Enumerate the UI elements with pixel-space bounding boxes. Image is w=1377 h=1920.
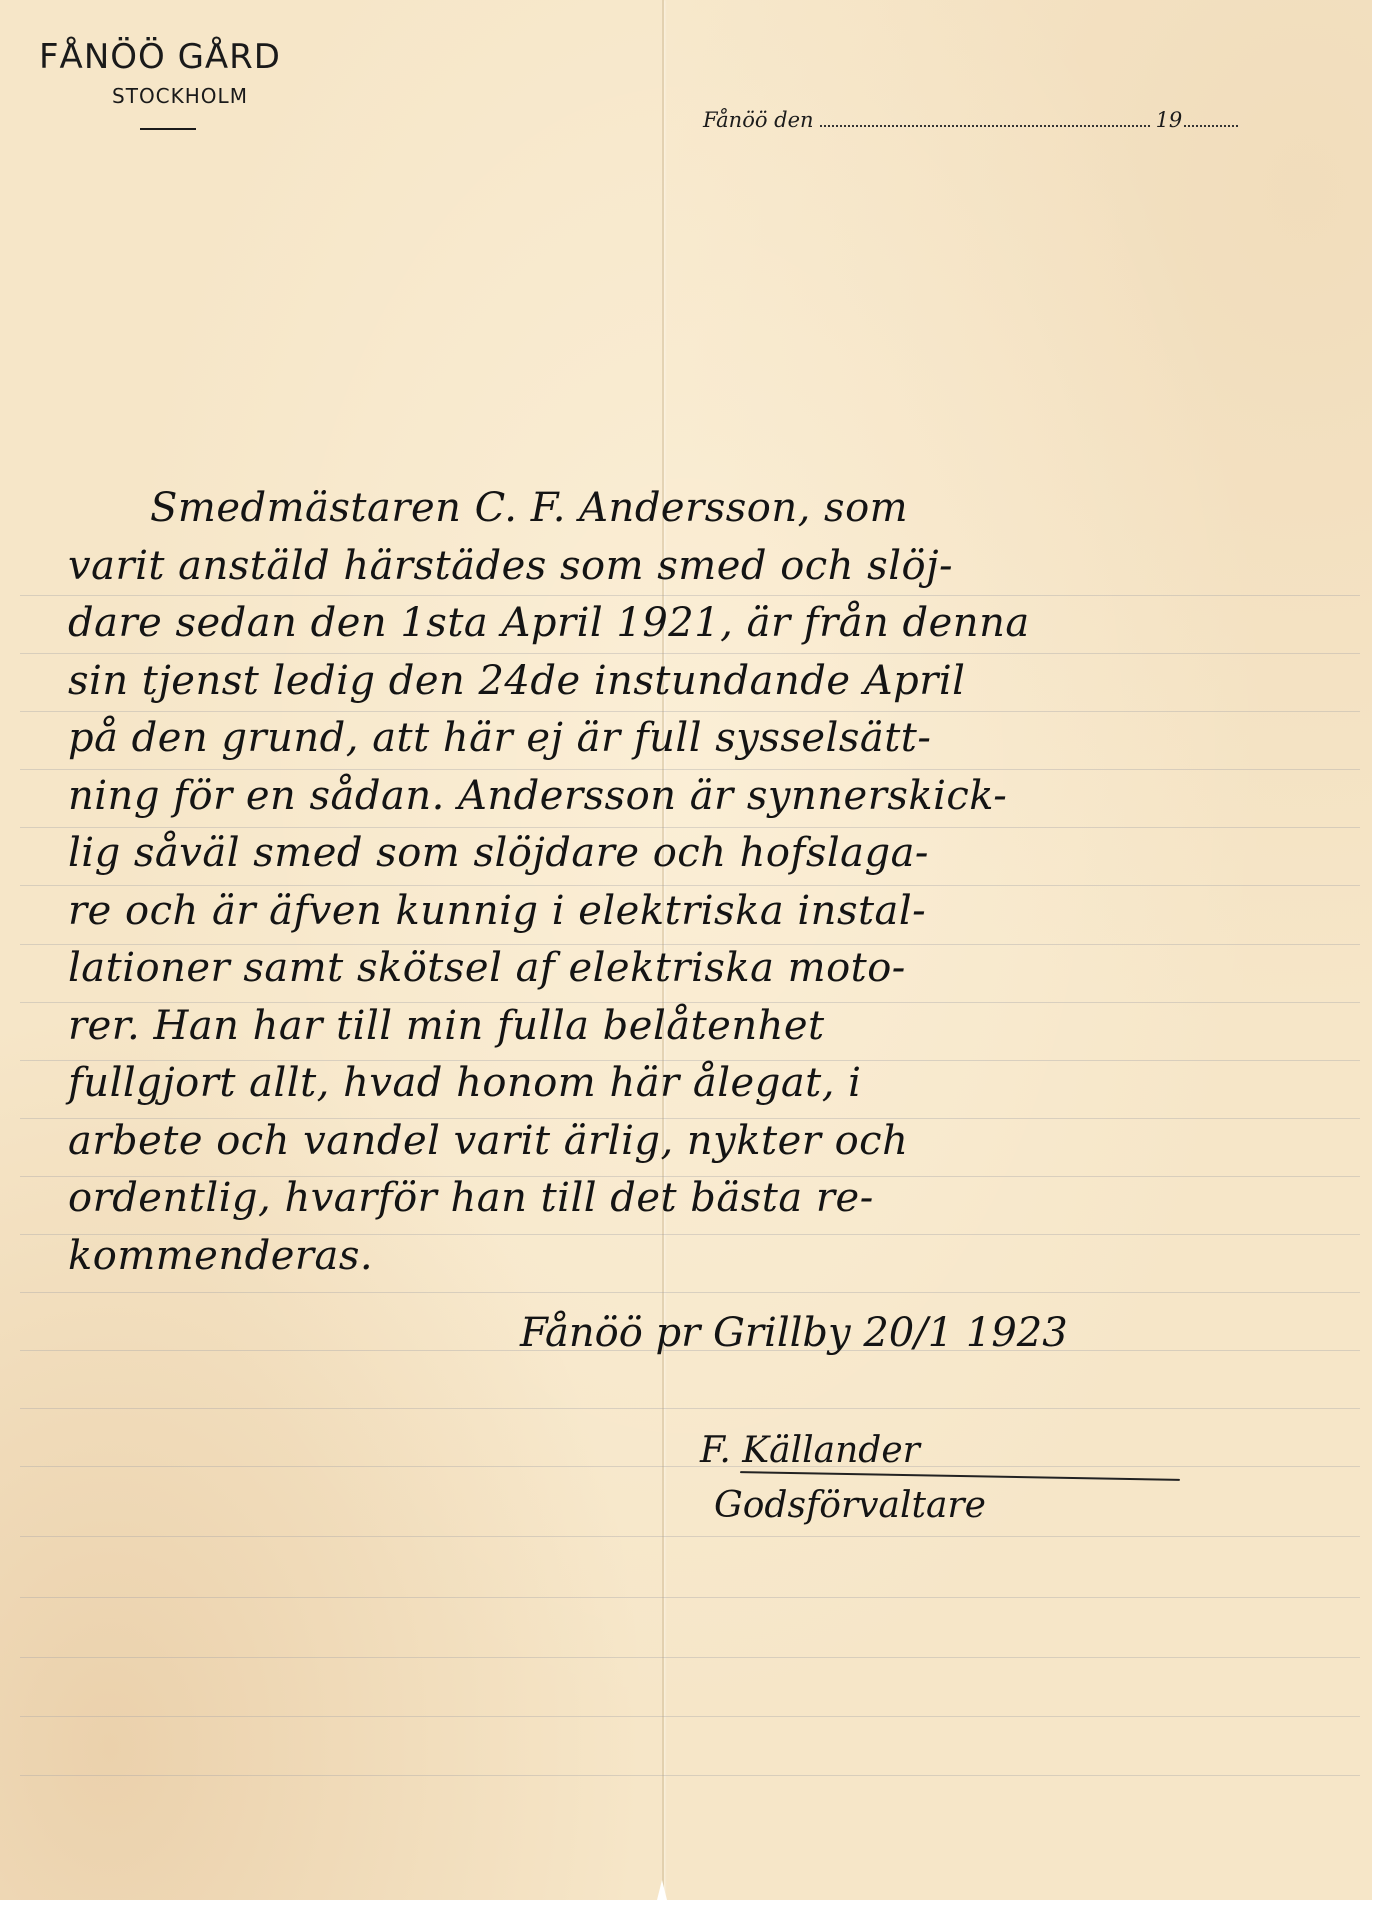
dateline: Fånöö den 19 [703,108,1244,132]
ruled-line [20,1775,1360,1776]
letter-line: Smedmästaren C. F. Andersson, som [68,480,1328,538]
letter-line: ordentlig, hvarför han till det bästa re… [68,1170,1328,1228]
ruled-line [20,1408,1360,1409]
letter-line: sin tjenst ledig den 24de instundande Ap… [68,653,1328,711]
letterhead-divider [140,128,196,130]
signature-title: Godsförvaltare [714,1485,1180,1526]
ruled-line [20,1536,1360,1537]
letterhead: FÅNÖÖ GÅRD STOCKHOLM [0,40,340,130]
letter-body: Smedmästaren C. F. Andersson, som varit … [68,480,1328,1285]
year-blank-line [1184,124,1238,127]
letter-line: re och är äfven kunnig i elektriska inst… [68,883,1328,941]
letter-line: dare sedan den 1sta April 1921, är från … [68,595,1328,653]
dateline-place: Fånöö den [703,108,814,132]
dateline-year-prefix: 19 [1156,108,1183,132]
ruled-line [20,1292,1360,1293]
signature-name: F. Källander [700,1430,920,1475]
signature-flourish [740,1471,1180,1481]
city-name: STOCKHOLM [20,84,340,108]
letter-paper: FÅNÖÖ GÅRD STOCKHOLM Fånöö den 19 Smedmä… [0,0,1372,1900]
letter-line: kommenderas. [68,1228,1328,1286]
letter-line: arbete och vandel varit ärlig, nykter oc… [68,1113,1328,1171]
date-blank-line [820,124,1150,127]
ruled-line [20,1597,1360,1598]
letter-line: varit anstäld härstädes som smed och slö… [68,538,1328,596]
letter-line: lationer samt skötsel af elektriska moto… [68,940,1328,998]
ruled-line [20,1657,1360,1658]
letter-line: ning för en sådan. Andersson är synnersk… [68,768,1328,826]
estate-name: FÅNÖÖ GÅRD [0,40,340,74]
letter-line: fullgjort allt, hvad honom här ålegat, i [68,1055,1328,1113]
letter-line: på den grund, att här ej är full syssels… [68,710,1328,768]
signature-block: F. Källander Godsförvaltare [700,1430,1180,1526]
letter-line: lig såväl smed som slöjdare och hofslaga… [68,825,1328,883]
place-and-date: Fånöö pr Grillby 20/1 1923 [520,1310,1068,1356]
letter-line: rer. Han har till min fulla belåtenhet [68,998,1328,1056]
ruled-line [20,1716,1360,1717]
